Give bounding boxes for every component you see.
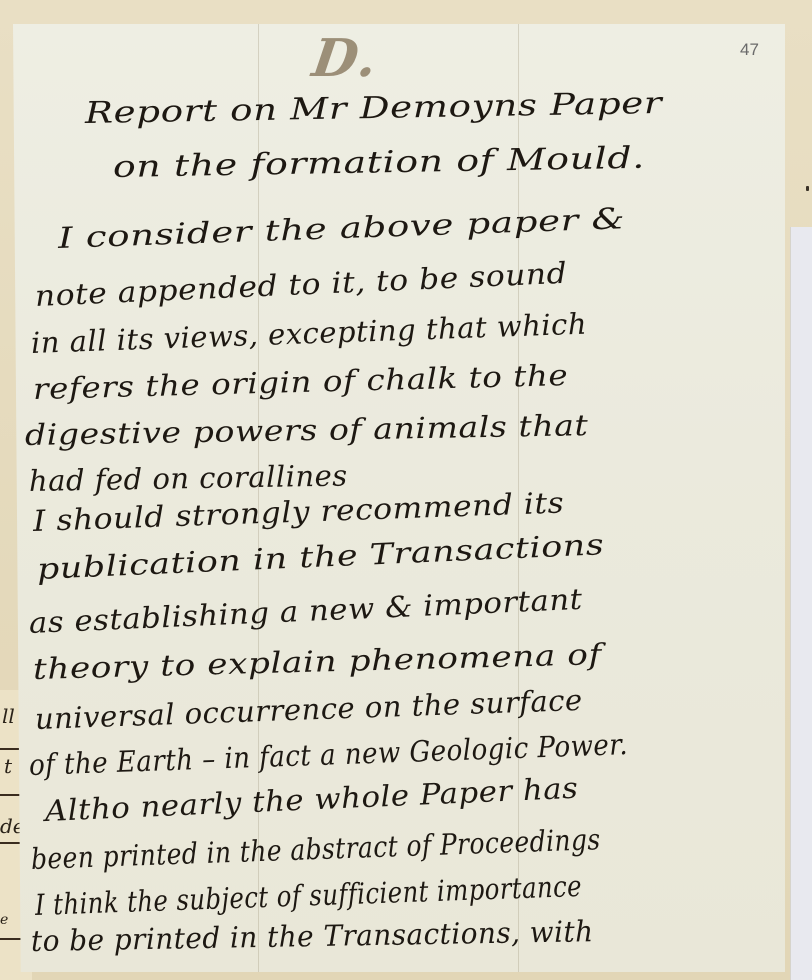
body-line: Altho nearly the whole Paper has — [44, 771, 579, 828]
margin-rule — [0, 938, 24, 940]
body-line: as establishing a new & important — [28, 582, 583, 640]
body-line: note appended to it, to be sound — [34, 256, 568, 313]
page-number: 47 — [740, 40, 759, 60]
body-line: I think the subject of sufficient import… — [34, 869, 582, 922]
title-line-1: Report on Mr Demoyns Paper — [85, 86, 663, 131]
margin-fragment: t — [4, 754, 12, 778]
margin-fragment: e — [0, 912, 8, 928]
title-line-2: on the formation of Mould. — [113, 141, 645, 185]
manuscript-sheet: D. 47 Report on Mr Demoyns Paper on the … — [13, 24, 785, 972]
ink-speck — [806, 186, 809, 191]
body-line: publication in the Transactions — [36, 527, 605, 586]
body-line: to be printed in the Transactions, with — [31, 914, 594, 958]
body-line: had fed on corallines — [29, 458, 348, 498]
body-line: theory to explain phenomena of — [33, 637, 603, 686]
body-line: refers the origin of chalk to the — [33, 358, 569, 406]
body-line: in all its views, excepting that which — [30, 307, 587, 360]
margin-fragment: ll — [2, 704, 15, 728]
backing-card — [790, 227, 812, 980]
body-line: I consider the above paper & — [57, 201, 625, 255]
body-line: been printed in the abstract of Proceedi… — [30, 822, 601, 876]
archive-letter-mark: D. — [309, 28, 383, 89]
body-line: digestive powers of animals that — [25, 408, 589, 452]
body-line: universal occurrence on the surface — [34, 683, 583, 736]
